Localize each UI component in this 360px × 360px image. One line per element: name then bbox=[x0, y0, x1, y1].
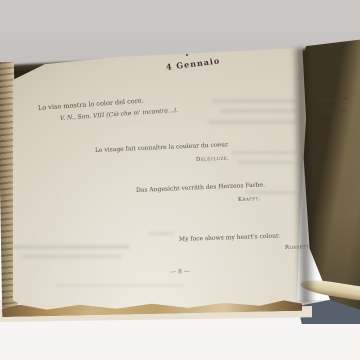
book-photo: 4 Gennaio Lo viso mostra lo color del co… bbox=[0, 0, 360, 360]
show-through-text bbox=[12, 245, 130, 249]
show-through-text bbox=[220, 109, 298, 113]
show-through-text bbox=[208, 120, 296, 124]
quote-english-attribution: Rossetti. bbox=[285, 244, 313, 251]
quote-german-attribution: Krafft. bbox=[238, 196, 261, 203]
show-through-text bbox=[22, 255, 122, 258]
show-through-text bbox=[232, 151, 296, 154]
show-through-text bbox=[238, 161, 294, 164]
show-through-text bbox=[212, 99, 298, 103]
show-through-text bbox=[246, 191, 296, 194]
show-through-text bbox=[55, 284, 185, 287]
ink-speck bbox=[186, 54, 188, 56]
show-through-text bbox=[148, 232, 174, 235]
